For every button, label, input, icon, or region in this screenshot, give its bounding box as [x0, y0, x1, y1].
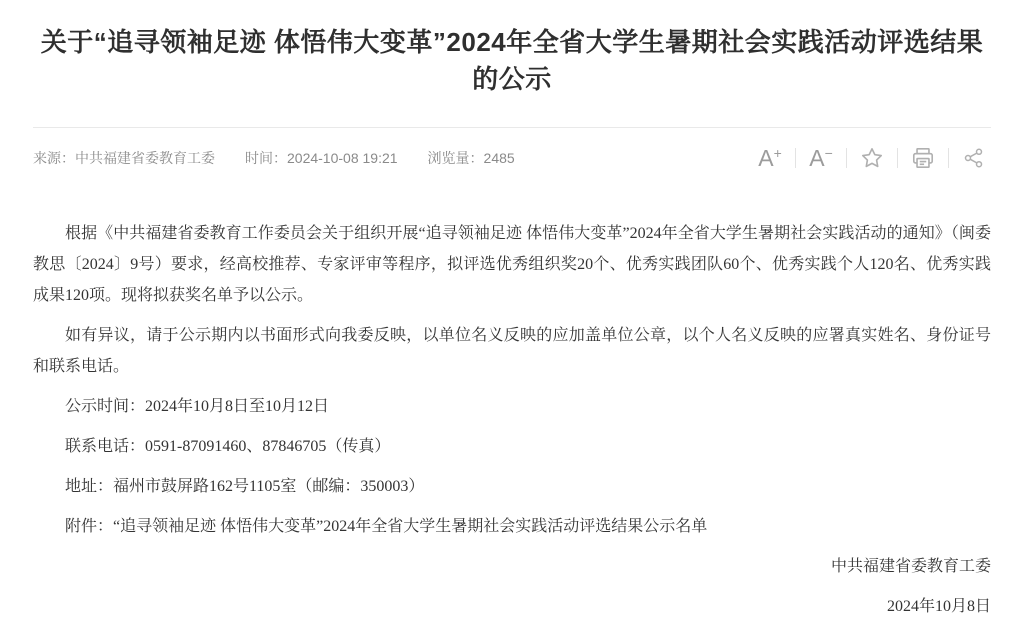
paragraph-address: 地址：福州市鼓屏路162号1105室（邮编：350003） — [33, 471, 991, 502]
paragraph-objection: 如有异议，请于公示期内以书面形式向我委反映，以单位名义反映的应加盖单位公章，以个… — [33, 320, 991, 382]
share-icon — [962, 146, 986, 170]
print-icon — [910, 145, 936, 171]
paragraph-publicity-period: 公示时间：2024年10月8日至10月12日 — [33, 391, 991, 422]
font-increase-button[interactable]: A+ — [753, 142, 787, 174]
paragraph-contact-phone: 联系电话：0591-87091460、87846705（传真） — [33, 431, 991, 462]
meta-info: 来源：中共福建省委教育工委 时间：2024-10-08 19:21 浏览量：24… — [33, 148, 515, 168]
signature-date: 2024年10月8日 — [33, 591, 991, 622]
toolbar-divider — [948, 148, 949, 168]
page-title: 关于“追寻领袖足迹 体悟伟大变革”2024年全省大学生暑期社会实践活动评选结果的… — [0, 0, 1024, 98]
font-decrease-button[interactable]: A− — [804, 142, 838, 174]
signature-block: 中共福建省委教育工委 2024年10月8日 — [33, 551, 991, 622]
font-decrease-icon: A− — [809, 147, 833, 170]
font-increase-icon: A+ — [758, 147, 782, 170]
article-body: 根据《中共福建省委教育工作委员会关于组织开展“追寻领袖足迹 体悟伟大变革”202… — [33, 218, 991, 622]
meta-views: 浏览量：2485 — [428, 148, 515, 168]
favorite-button[interactable] — [855, 142, 889, 174]
meta-bar: 来源：中共福建省委教育工委 时间：2024-10-08 19:21 浏览量：24… — [33, 128, 991, 188]
paragraph-attachment: 附件：“追寻领袖足迹 体悟伟大变革”2024年全省大学生暑期社会实践活动评选结果… — [33, 511, 991, 542]
toolbar-divider — [795, 148, 796, 168]
favorite-star-icon — [859, 145, 885, 171]
toolbar-divider — [897, 148, 898, 168]
meta-source: 来源：中共福建省委教育工委 — [33, 148, 215, 168]
article-toolbar: A+ A− — [753, 142, 991, 174]
print-button[interactable] — [906, 142, 940, 174]
signature-org: 中共福建省委教育工委 — [33, 551, 991, 582]
toolbar-divider — [846, 148, 847, 168]
meta-time: 时间：2024-10-08 19:21 — [245, 148, 398, 168]
announcement-page: 关于“追寻领袖足迹 体悟伟大变革”2024年全省大学生暑期社会实践活动评选结果的… — [0, 0, 1024, 625]
paragraph-intro: 根据《中共福建省委教育工作委员会关于组织开展“追寻领袖足迹 体悟伟大变革”202… — [33, 218, 991, 311]
share-button[interactable] — [957, 142, 991, 174]
